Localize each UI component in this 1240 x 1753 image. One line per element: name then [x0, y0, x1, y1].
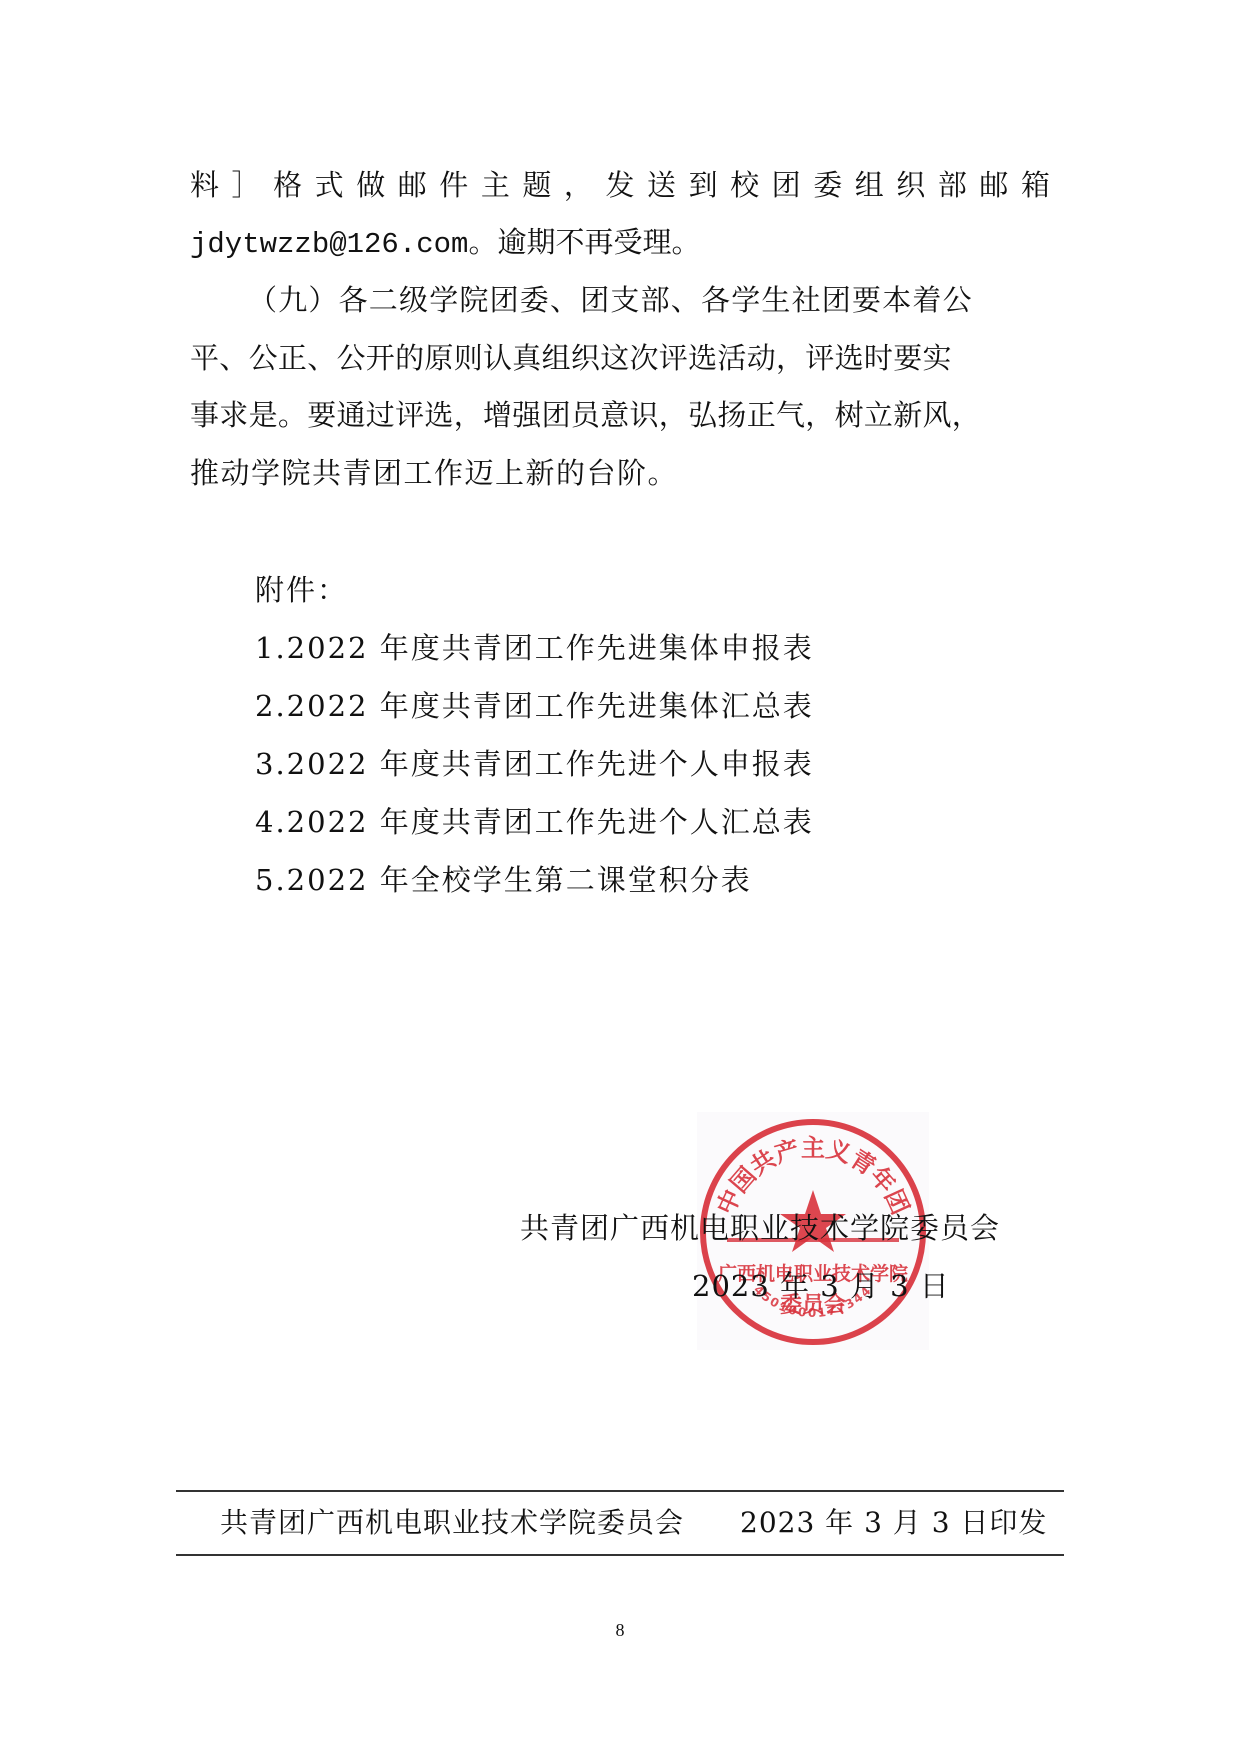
para8-line1-char: 箱	[1021, 165, 1050, 205]
footer-issue-date: 2023 年 3 月 3 日印发	[740, 1506, 1047, 1539]
attachment-item-5: 5.2022 年全校学生第二课堂积分表	[255, 860, 1115, 900]
attachment-item-3: 3.2022 年度共青团工作先进个人申报表	[255, 744, 1115, 784]
para8-line1-char: ］	[232, 165, 261, 205]
para8-line1-char: 格	[273, 165, 302, 205]
para8-line1-char: 主	[481, 165, 510, 205]
para8-line2-rest: 。逾期不再受理。	[468, 225, 700, 259]
para8-line1-char: 织	[896, 165, 925, 205]
para8-line1-char: 件	[439, 165, 468, 205]
para8-line1-char: 邮	[398, 165, 427, 205]
para8-line1: 料］格式做邮件主题，发送到校团委组织部邮箱	[190, 165, 1050, 205]
para9-line2: 平、公正、公开的原则认真组织这次评选活动，评选时要实	[190, 338, 1050, 378]
page-number: 8	[0, 1620, 1240, 1641]
para8-line1-char: 发	[605, 165, 634, 205]
para9-line3: 事求是。要通过评选，增强团员意识，弘扬正气，树立新风，	[190, 395, 1050, 435]
para8-line1-char: 式	[315, 165, 344, 205]
para8-line1-char: ，	[564, 165, 593, 205]
para8-line1-char: 到	[689, 165, 718, 205]
para8-line1-char: 邮	[979, 165, 1008, 205]
para8-line2: jdytwzzb@126.com。逾期不再受理。	[190, 222, 1050, 265]
footer-top-rule	[176, 1490, 1064, 1492]
para8-line1-char: 组	[855, 165, 884, 205]
para8-line1-char: 料	[190, 165, 219, 205]
para8-line1-char: 委	[813, 165, 842, 205]
footer-issuer: 共青团广西机电职业技术学院委员会	[220, 1506, 684, 1539]
footer-issue-line: 共青团广西机电职业技术学院委员会2023 年 3 月 3 日印发	[220, 1503, 1047, 1543]
para8-line1-char: 团	[772, 165, 801, 205]
signature-organization: 共青团广西机电职业技术学院委员会	[520, 1208, 1000, 1248]
attachments-heading: 附件：	[255, 570, 1115, 610]
para9-line4: 推动学院共青团工作迈上新的台阶。	[190, 453, 1050, 493]
attachment-item-1: 1.2022 年度共青团工作先进集体申报表	[255, 628, 1115, 668]
para9-line1: （九）各二级学院团委、团支部、各学生社团要本着公	[248, 280, 1108, 320]
email-address: jdytwzzb@126.com	[190, 228, 468, 261]
signature-date: 2023 年 3 月 3 日	[692, 1266, 950, 1306]
para8-line1-char: 做	[356, 165, 385, 205]
footer-bottom-rule	[176, 1554, 1064, 1556]
attachment-item-2: 2.2022 年度共青团工作先进集体汇总表	[255, 686, 1115, 726]
para8-line1-char: 部	[938, 165, 967, 205]
para8-line1-char: 校	[730, 165, 759, 205]
para8-line1-char: 送	[647, 165, 676, 205]
para8-line1-char: 题	[522, 165, 551, 205]
attachment-item-4: 4.2022 年度共青团工作先进个人汇总表	[255, 802, 1115, 842]
